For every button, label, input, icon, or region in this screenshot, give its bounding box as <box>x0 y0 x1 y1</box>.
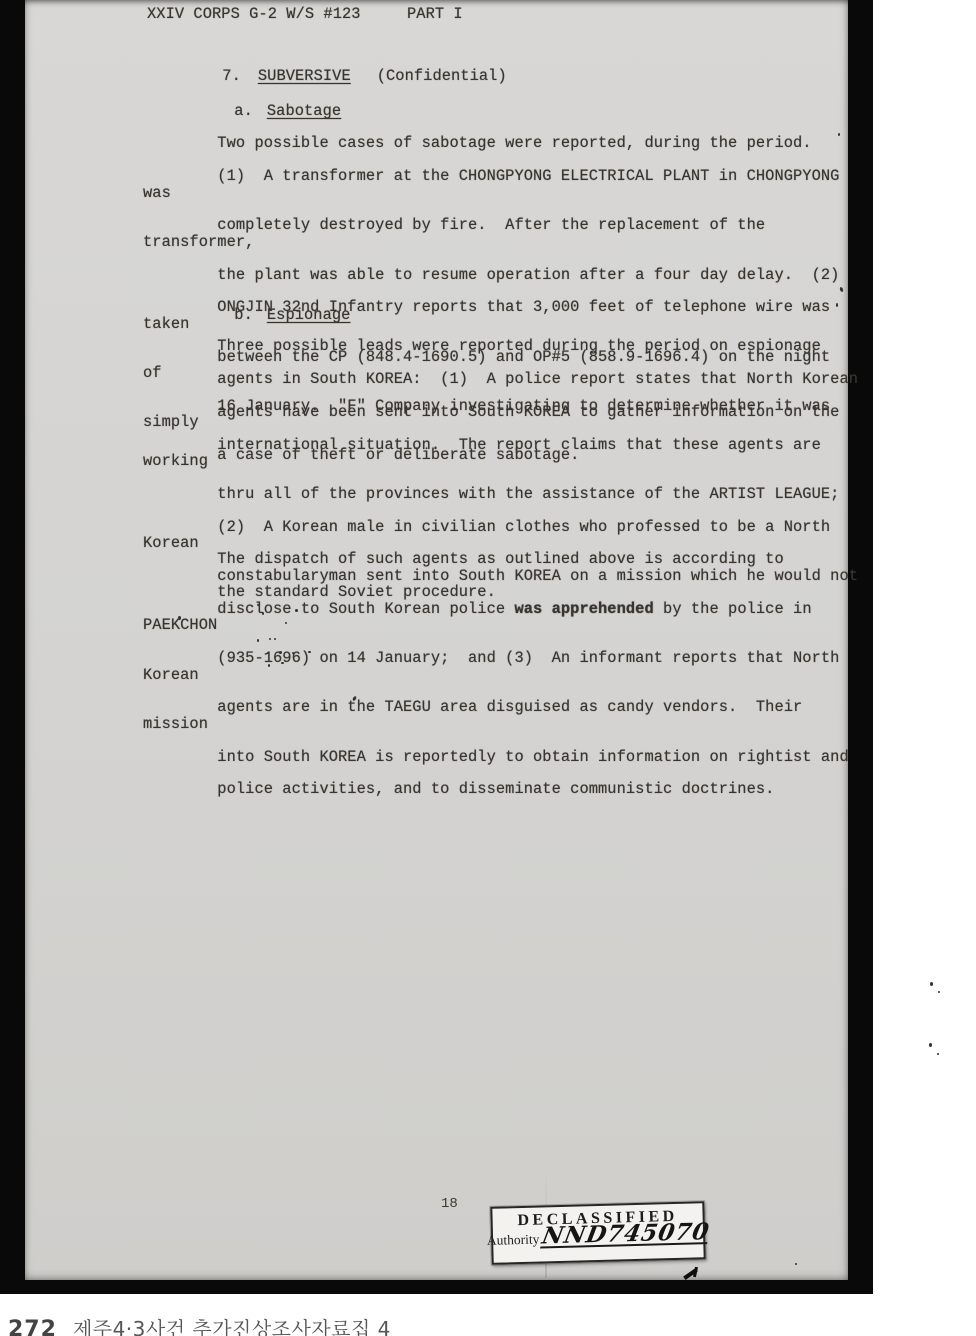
paragraph-line: police activities, and to disseminate co… <box>217 780 774 798</box>
document-paper: XXIV CORPS G-2 W/S #123 PART I 7.SUBVERS… <box>25 0 848 1280</box>
paragraph-line: Three possible leads were reported durin… <box>217 337 821 355</box>
paragraph-line: the plant was able to resume operation a… <box>217 266 839 284</box>
paragraph-line: agents are in the TAEGU area disguised a… <box>143 698 812 732</box>
paragraph-line: thru all of the provinces with the assis… <box>217 485 839 503</box>
declassified-stamp: DECLASSIFIED Authority NND745070 <box>490 1201 705 1265</box>
subsection-a-number: a. <box>234 102 253 120</box>
ink-speck <box>281 662 284 664</box>
paragraph-line: the standard Soviet procedure. <box>217 583 496 601</box>
ink-speck <box>308 651 311 653</box>
section-7-title: SUBVERSIVE <box>258 67 351 85</box>
page-number: 18 <box>441 1196 458 1212</box>
page-root: XXIV CORPS G-2 W/S #123 PART I 7.SUBVERS… <box>0 0 976 1336</box>
ink-speck <box>178 616 181 620</box>
stamp-authority-label: Authority <box>487 1232 540 1249</box>
ink-speck <box>937 1053 939 1055</box>
paragraph-dispatch: The dispatch of such agents as outlined … <box>143 535 855 617</box>
book-caption-title: 제주4·3사건 추가진상조사자료집 4 <box>73 1317 391 1336</box>
paragraph-line: into South KOREA is reportedly to obtain… <box>217 748 848 766</box>
section-7-number: 7. <box>222 67 241 85</box>
book-caption-page-number: 272 <box>8 1317 57 1336</box>
ink-speck <box>929 1043 932 1047</box>
book-caption: 272제주4·3사건 추가진상조사자료집 4 <box>8 1313 391 1336</box>
ink-speck <box>279 651 282 654</box>
ink-speck <box>262 612 264 615</box>
ink-speck <box>269 638 271 640</box>
paragraph-line: international situation. The report clai… <box>143 436 830 470</box>
subsection-a-title: Sabotage <box>267 102 341 120</box>
document-header: XXIV CORPS G-2 W/S #123 PART I <box>147 6 463 22</box>
ink-speck <box>938 991 940 993</box>
stamp-authority-number: NND745070 <box>540 1222 711 1248</box>
ink-speck <box>257 639 259 642</box>
ink-speck <box>274 638 276 640</box>
scanned-photo: XXIV CORPS G-2 W/S #123 PART I 7.SUBVERS… <box>0 0 873 1294</box>
ink-speck <box>268 664 270 667</box>
paragraph-line: (935-1696) on 14 January; and (3) An inf… <box>143 649 849 683</box>
paragraph-line: agents in South KOREA: (1) A police repo… <box>217 370 858 388</box>
ink-speck <box>267 652 269 654</box>
paragraph-line: agents have been sent into South KOREA t… <box>217 403 839 421</box>
section-7-classification: (Confidential) <box>377 67 507 85</box>
paragraph-line: (1) A transformer at the CHONGPYONG ELEC… <box>143 167 849 201</box>
paragraph-line: The dispatch of such agents as outlined … <box>217 550 783 568</box>
ink-speck <box>795 1263 797 1265</box>
ink-speck <box>257 604 259 606</box>
ink-speck <box>838 133 840 136</box>
paragraph-line: completely destroyed by fire. After the … <box>143 216 774 250</box>
ink-speck <box>930 982 933 986</box>
ink-speck <box>295 609 298 612</box>
ink-speck <box>285 622 287 624</box>
ink-speck <box>292 652 294 654</box>
paragraph-line: Two possible cases of sabotage were repo… <box>217 134 811 152</box>
ink-speck <box>836 303 838 307</box>
